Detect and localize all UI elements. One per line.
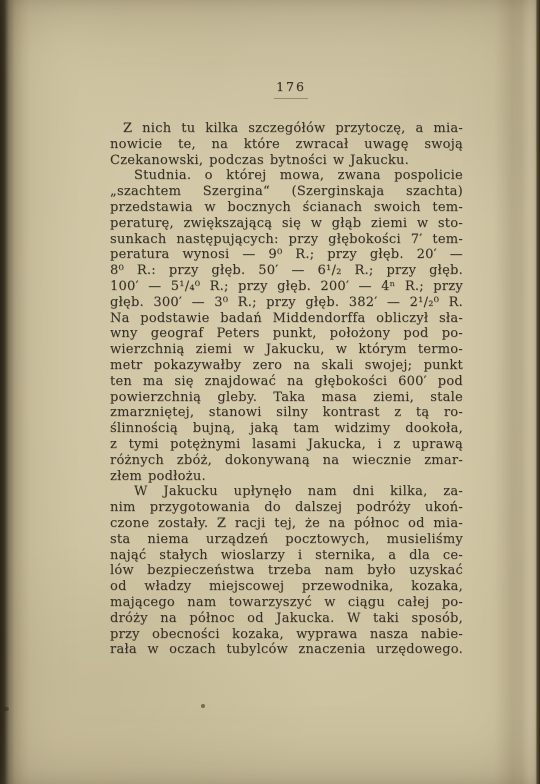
page-header: 176 [274, 80, 308, 99]
book-page-scan: 176 Z nich tu kilka szczegółów przytoczę… [0, 0, 540, 784]
text-line: Czekanowski, podczas bytności w Jakucku. [110, 153, 463, 169]
page-number-underline [274, 98, 308, 99]
text-line: mającego nam towarzyszyć w ciągu całej p… [110, 595, 463, 611]
text-line: wierzchnią ziemi w Jakucku, w którym ter… [110, 342, 463, 358]
text-line: nająć stałych wioslarzy i sternika, a dl… [110, 548, 463, 564]
ink-speck [201, 704, 205, 708]
text-line: „szachtem Szergina“ (Szerginskaja szacht… [110, 184, 463, 200]
text-line: nim przygotowania do dalszej podróży uko… [110, 500, 463, 516]
text-line: wny geograf Peters punkt, położony pod p… [110, 326, 463, 342]
text-line: czone zostały. Z racji tej, że na północ… [110, 516, 463, 532]
text-line: ślinnością bujną, jaką tam widzimy dooko… [110, 421, 463, 437]
text-line: przy obecności kozaka, wyprawa nasza nab… [110, 627, 463, 643]
text-line: powierzchnią gleby. Taka masa ziemi, sta… [110, 390, 463, 406]
text-line: lów bezpieczeństwa trzeba nam było uzysk… [110, 563, 463, 579]
text-line: przedstawia w bocznych ścianach swoich t… [110, 200, 463, 216]
body-text: Z nich tu kilka szczegółów przytoczę, a … [110, 121, 463, 658]
text-line: peratura wynosi — 9⁰ R.; przy głęb. 20′ … [110, 247, 463, 263]
text-line: złem podłożu. [110, 469, 463, 485]
text-line: sunkach następujących: przy głębokości 7… [110, 232, 463, 248]
text-line: głęb. 300′ — 3⁰ R.; przy głęb. 382′ — 2¹… [110, 295, 463, 311]
text-line: peraturę, zwiększającą się w głąb ziemi … [110, 216, 463, 232]
text-line: z tymi potężnymi lasami Jakucka, i z upr… [110, 437, 463, 453]
text-line: metr pokazywałby zero na skali swojej; p… [110, 358, 463, 374]
page-number: 176 [274, 80, 308, 94]
text-line: Na podstawie badań Middendorffa obliczył… [110, 311, 463, 327]
edge-speck [4, 707, 9, 711]
text-line: różnych zbóż, dokonywaną na wiecznie zma… [110, 453, 463, 469]
text-line: od władzy miejscowej przewodnika, kozaka… [110, 579, 463, 595]
page-edge-line [494, 0, 540, 784]
text-line: sta niema urządzeń pocztowych, musieliśm… [110, 532, 463, 548]
gutter-shadow [0, 0, 30, 784]
text-line: 100′ — 5¹/₄⁰ R.; przy głęb. 200′ — 4ⁿ R.… [110, 279, 463, 295]
text-line: zmarzniętej, stanowi silny kontrast z tą… [110, 405, 463, 421]
text-line: dróży na północ od Jakucka. W taki sposó… [110, 611, 463, 627]
text-line: nowicie te, na które zwracał uwagę swoją [110, 137, 463, 153]
text-line: W Jakucku upłynęło nam dni kilka, za- [110, 484, 463, 500]
text-line: 8⁰ R.: przy głęb. 50′ — 6¹/₂ R.; przy gł… [110, 263, 463, 279]
text-line: rała w oczach tubylców znaczenia urzędow… [110, 642, 463, 658]
text-line: Studnia. o której mowa, zwana pospolicie [110, 168, 463, 184]
text-line: ten ma się znajdować na głębokości 600′ … [110, 374, 463, 390]
text-line: Z nich tu kilka szczegółów przytoczę, a … [110, 121, 463, 137]
